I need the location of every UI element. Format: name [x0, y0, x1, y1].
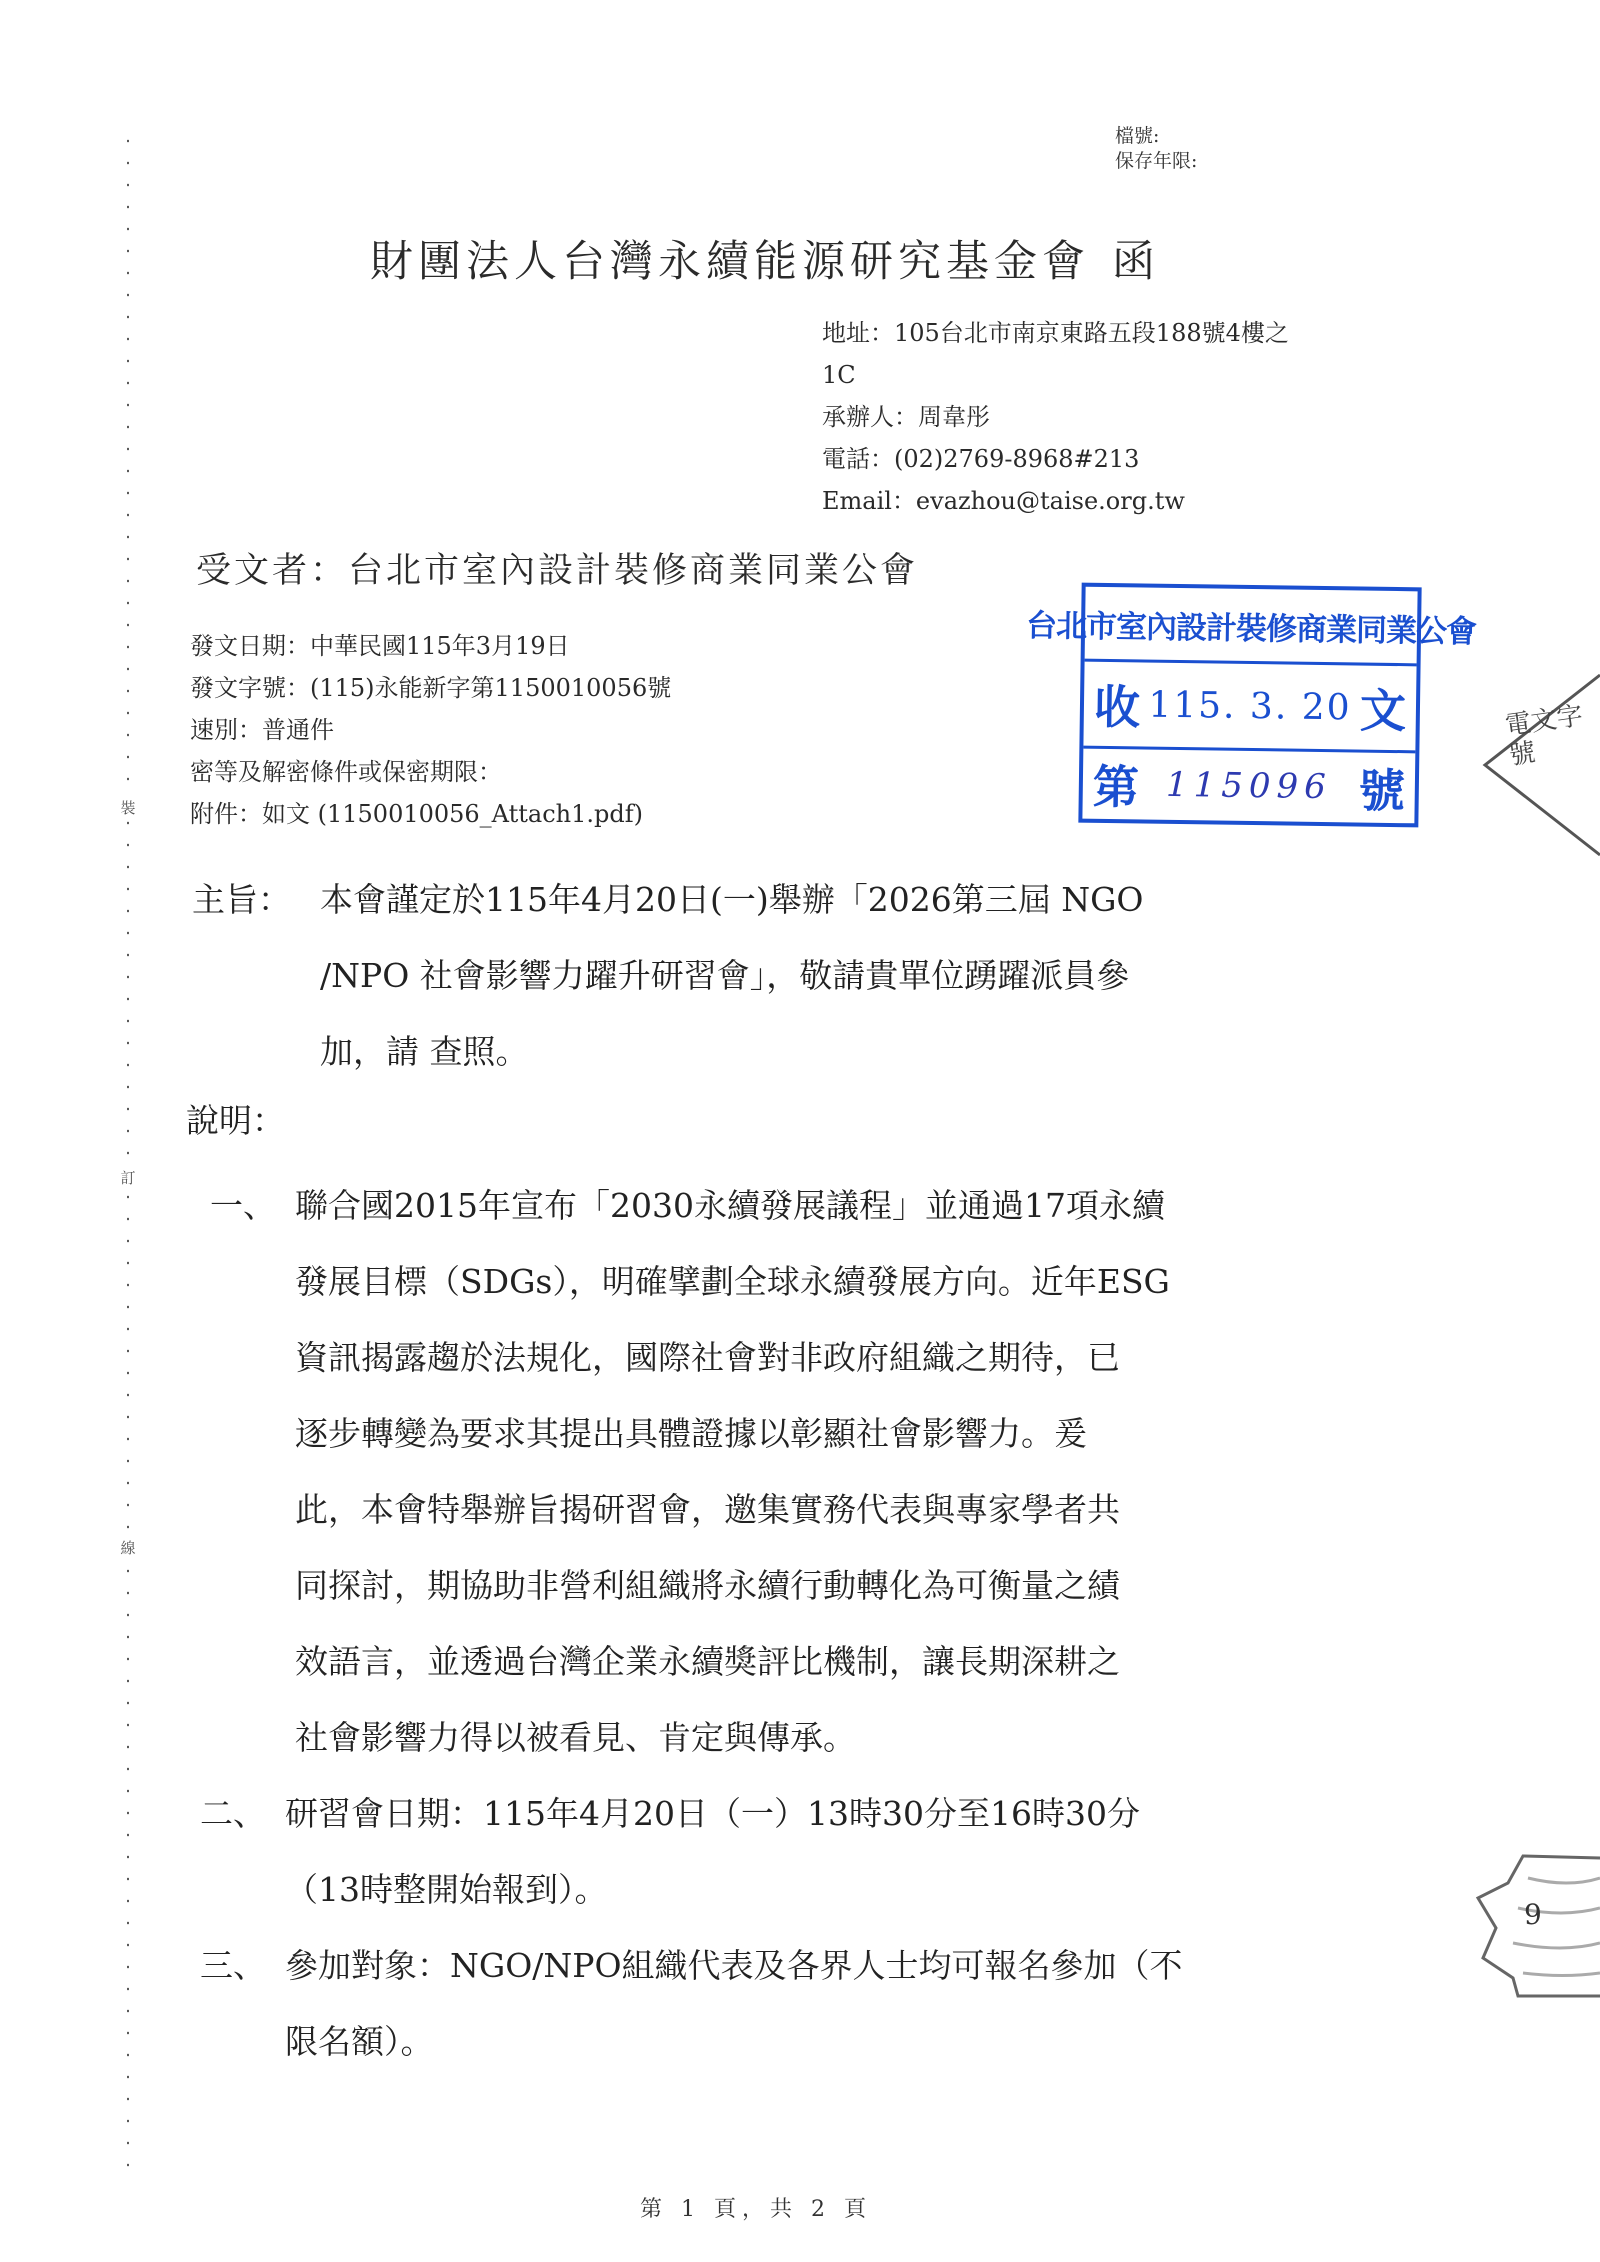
stamp-number-row: 第 115096 號: [1082, 749, 1415, 824]
page-footer: 第 1 頁，共 2 頁: [640, 2192, 872, 2223]
item-line: 此，本會特舉辦旨揭研習會，邀集實務代表與專家學者共: [295, 1472, 1430, 1548]
explanation-items: 一、 聯合國2015年宣布「2030永續發展議程」並通過17項永續 發展目標（S…: [210, 1168, 1430, 2080]
address-line-2: 1C: [822, 354, 1442, 396]
retention-label: 保存年限:: [1115, 149, 1197, 174]
item-line: 參加對象：NGO/NPO組織代表及各界人士均可報名參加（不: [285, 1928, 1420, 2004]
stamp-recv-char: 收: [1094, 671, 1141, 738]
binding-label-xian: 線: [118, 1538, 138, 1558]
explanation-label: 說明：: [186, 1095, 285, 1142]
phone: 電話：(02)2769-8968#213: [822, 438, 1442, 480]
item-line: 效語言，並透過台灣企業永續獎評比機制，讓長期深耕之: [295, 1624, 1430, 1700]
contact-block: 地址：105台北市南京東路五段188號4樓之 1C 承辦人：周韋彤 電話：(02…: [822, 312, 1442, 522]
item-line: 聯合國2015年宣布「2030永續發展議程」並通過17項永續: [295, 1168, 1430, 1244]
recipient: 受文者：台北市室內設計裝修商業同業公會: [196, 543, 918, 593]
item-number: 三、: [200, 1928, 266, 2004]
list-item: 三、 參加對象：NGO/NPO組織代表及各界人士均可報名參加（不 限名額）。: [200, 1928, 1420, 2080]
email: Email：evazhou@taise.org.tw: [822, 480, 1442, 522]
stamp-no-char: 號: [1358, 755, 1405, 822]
item-line: 發展目標（SDGs），明確擘劃全球永續發展方向。近年ESG: [295, 1244, 1430, 1320]
subject-line: /NPO 社會影響力躍升研習會」，敬請貴單位踴躍派員參: [320, 938, 1422, 1014]
binding-line: 裝 訂 線: [120, 130, 136, 2180]
file-number-label: 檔號:: [1115, 124, 1197, 149]
received-stamp: 台北市室內設計裝修商業同業公會 收 115. 3. 20 文 第 115096 …: [1078, 583, 1421, 828]
item-line: 研習會日期：115年4月20日（一）13時30分至16時30分: [285, 1776, 1420, 1852]
item-number: 二、: [200, 1776, 266, 1852]
list-item: 一、 聯合國2015年宣布「2030永續發展議程」並通過17項永續 發展目標（S…: [210, 1168, 1430, 1776]
corner-stamp-text: 電文字號: [1503, 699, 1600, 771]
recipient-label: 受文者：: [196, 551, 348, 591]
address-line-1: 地址：105台北市南京東路五段188號4樓之: [822, 312, 1442, 354]
corner-stamp: 電文字號: [1465, 665, 1600, 865]
subject-text: 本會謹定於115年4月20日(一)舉辦「2026第三屆 NGO /NPO 社會影…: [320, 862, 1422, 1090]
item-line: （13時整開始報到）。: [285, 1852, 1420, 1928]
binding-label-zhuang: 裝: [118, 798, 138, 818]
doc-number: 發文字號：(115)永能新字第1150010056號: [190, 667, 671, 709]
classification: 密等及解密條件或保密期限：: [190, 751, 671, 793]
subject-line: 加，請 查照。: [320, 1014, 1422, 1090]
seal-number: 9: [1524, 1898, 1542, 1931]
binding-label-ding: 訂: [118, 1168, 138, 1188]
item-line: 資訊揭露趨於法規化，國際社會對非政府組織之期待，已: [295, 1320, 1430, 1396]
stamp-org: 台北市室內設計裝修商業同業公會: [1085, 587, 1418, 667]
org-name: 財團法人台灣永續能源研究基金會: [370, 237, 1090, 287]
stamp-date-row: 收 115. 3. 20 文: [1083, 662, 1416, 754]
item-number: 一、: [210, 1168, 276, 1244]
item-line: 逐步轉變為要求其提出具體證據以彰顯社會影響力。爰: [295, 1396, 1430, 1472]
list-item: 二、 研習會日期：115年4月20日（一）13時30分至16時30分 （13時整…: [200, 1776, 1420, 1928]
attachment: 附件：如文 (1150010056_Attach1.pdf): [190, 793, 671, 835]
subject-label: 主旨：: [192, 862, 291, 938]
file-meta: 檔號: 保存年限:: [1115, 124, 1197, 174]
issue-date: 發文日期：中華民國115年3月19日: [190, 625, 671, 667]
doc-meta: 發文日期：中華民國115年3月19日 發文字號：(115)永能新字第115001…: [190, 625, 671, 835]
stamp-number: 115096: [1166, 765, 1332, 807]
subject-line: 本會謹定於115年4月20日(一)舉辦「2026第三屆 NGO: [320, 862, 1422, 938]
page-seal: 9: [1468, 1848, 1600, 1998]
stamp-date: 115. 3. 20: [1148, 684, 1352, 728]
subject: 主旨： 本會謹定於115年4月20日(一)舉辦「2026第三屆 NGO /NPO…: [192, 862, 1422, 1090]
handler: 承辦人：周韋彤: [822, 396, 1442, 438]
doc-type: 函: [1112, 237, 1160, 287]
stamp-doc-char: 文: [1359, 675, 1406, 742]
stamp-seq-char: 第: [1092, 751, 1139, 818]
binding-dots: [127, 130, 129, 2180]
recipient-name: 台北市室內設計裝修商業同業公會: [348, 551, 918, 591]
item-line: 同探討，期協助非營利組織將永續行動轉化為可衡量之績: [295, 1548, 1430, 1624]
item-line: 限名額）。: [285, 2004, 1420, 2080]
item-line: 社會影響力得以被看見、肯定與傳承。: [295, 1700, 1430, 1776]
speed: 速別：普通件: [190, 709, 671, 751]
page-title: 財團法人台灣永續能源研究基金會函: [370, 228, 1160, 289]
